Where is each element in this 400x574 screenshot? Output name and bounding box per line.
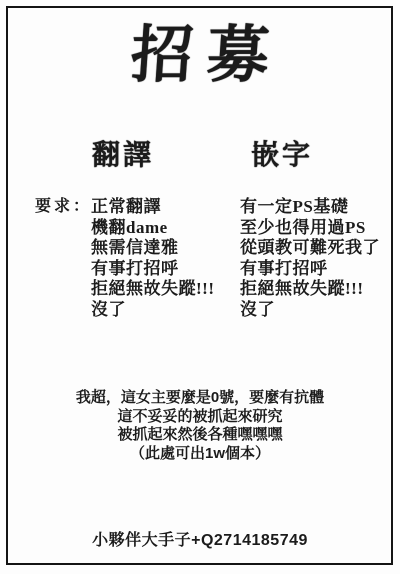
requirements-label: 要求：	[35, 197, 92, 218]
list-item: 機翻dame	[91, 218, 214, 239]
column-header-typesetting: 嵌字	[251, 140, 313, 172]
list-item: 拒絕無故失蹤!!!	[91, 279, 214, 300]
poster-title: 招募	[0, 20, 400, 92]
contact-line: 小夥伴大手子+Q2714185749	[0, 527, 400, 550]
translation-requirements-list: 正常翻譯 機翻dame 無需信達雅 有事打招呼 拒絕無故失蹤!!! 沒了	[91, 197, 214, 321]
column-header-translation: 翻譯	[92, 140, 154, 172]
list-item: 沒了	[240, 300, 380, 321]
note-line: 我超，這女主要麼是0號，要麼有抗體	[0, 389, 400, 408]
list-item: 有事打招呼	[91, 259, 214, 280]
list-item: 拒絕無故失蹤!!!	[240, 279, 380, 300]
typesetting-requirements-list: 有一定PS基礎 至少也得用過PS 從頭教可難死我了 有事打招呼 拒絕無故失蹤!!…	[240, 197, 380, 321]
list-item: 從頭教可難死我了	[240, 238, 380, 259]
list-item: 正常翻譯	[91, 197, 214, 218]
list-item: 至少也得用過PS	[240, 218, 380, 239]
list-item: 有事打招呼	[240, 259, 380, 280]
note-paragraph: 我超，這女主要麼是0號，要麼有抗體 這不妥妥的被抓起來研究 被抓起來然後各種嘿嘿…	[0, 389, 400, 463]
note-line: 被抓起來然後各種嘿嘿嘿	[0, 426, 400, 445]
list-item: 無需信達雅	[91, 238, 214, 259]
list-item: 有一定PS基礎	[240, 197, 380, 218]
recruitment-poster: 招募 翻譯 嵌字 要求： 正常翻譯 機翻dame 無需信達雅 有事打招呼 拒絕無…	[0, 0, 400, 574]
list-item: 沒了	[91, 300, 214, 321]
note-line: 這不妥妥的被抓起來研究	[0, 408, 400, 427]
note-line: （此處可出1w個本）	[0, 445, 400, 464]
